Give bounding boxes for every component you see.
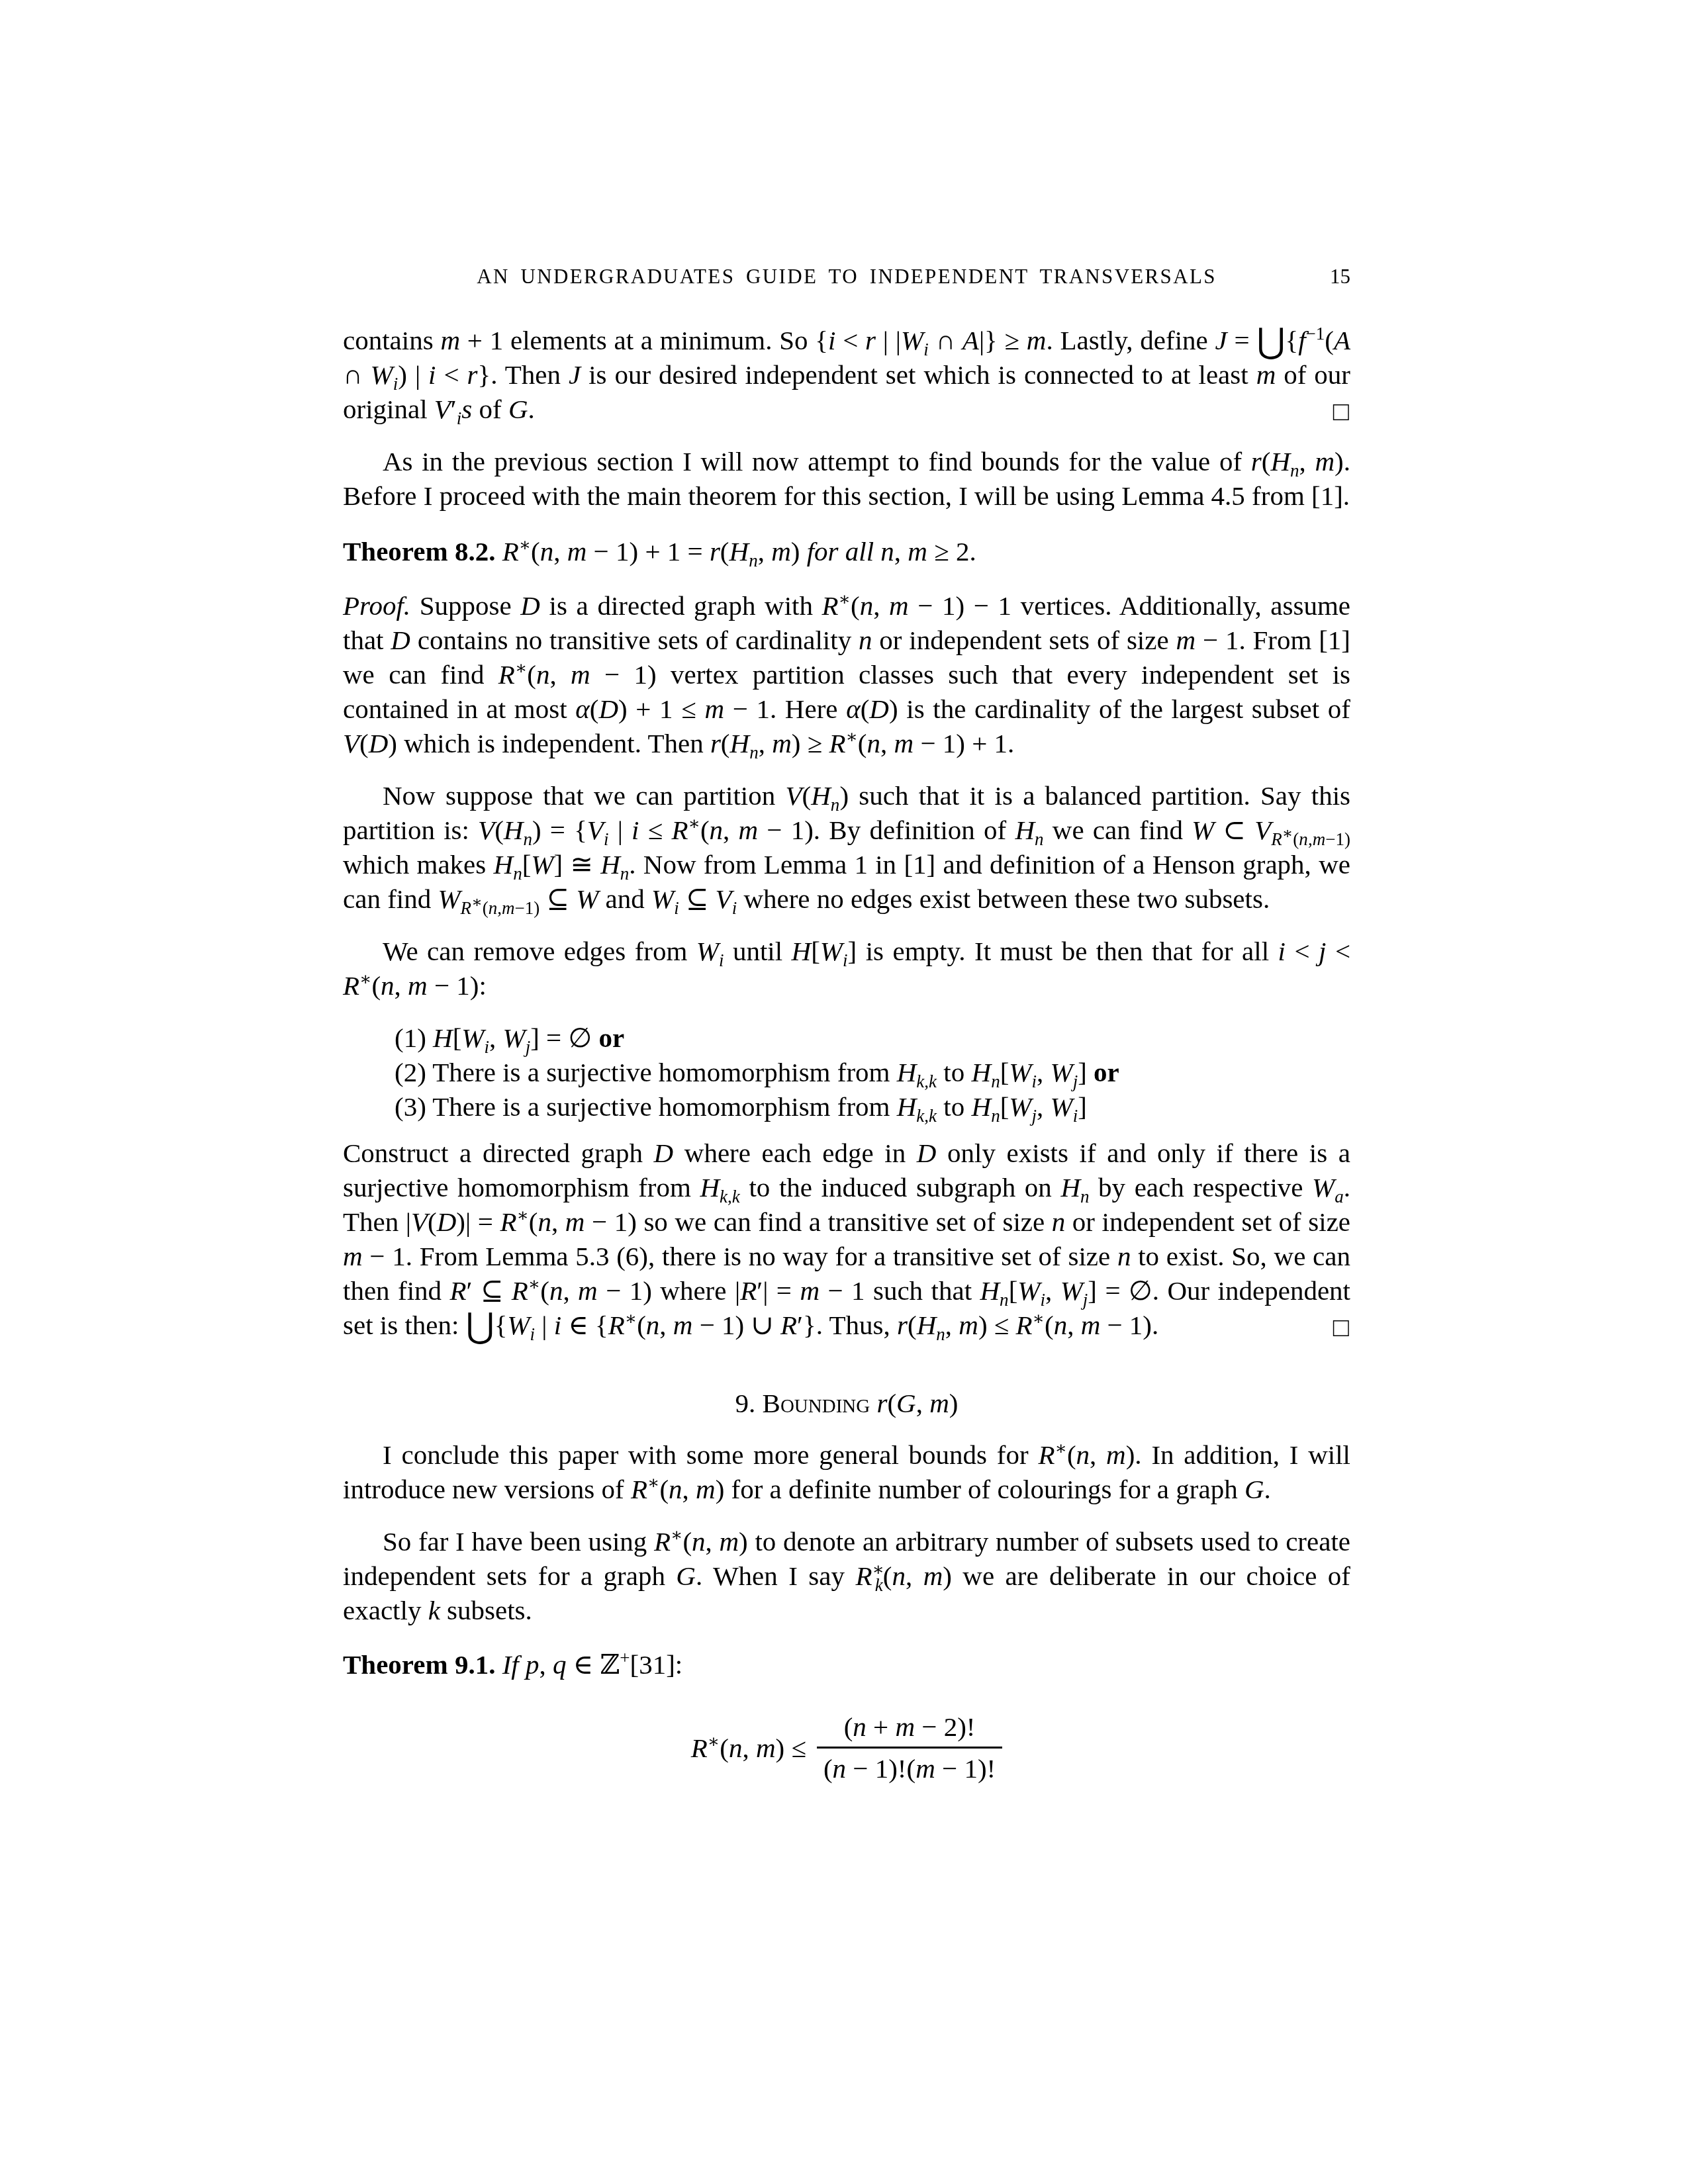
running-title: AN UNDERGRADUATES GUIDE TO INDEPENDENT T… — [477, 265, 1216, 288]
equation-fraction: (n + m − 2)! (n − 1)!(m − 1)! — [817, 1711, 1002, 1784]
paragraph-text: So far I have been using R∗(n, m) to den… — [343, 1526, 1350, 1625]
paragraph-text: Construct a directed graph D where each … — [343, 1138, 1350, 1340]
list-item-1: (1) H[Wi, Wj] = ∅ or — [343, 1021, 1350, 1055]
display-equation: R∗(n, m) ≤ (n + m − 2)! (n − 1)!(m − 1)! — [343, 1711, 1350, 1784]
fraction-denominator: (n − 1)!(m − 1)! — [817, 1747, 1002, 1784]
paragraph-text: Now suppose that we can partition V(Hn) … — [343, 780, 1350, 914]
running-header: AN UNDERGRADUATES GUIDE TO INDEPENDENT T… — [343, 263, 1350, 290]
qed-box-icon: □ — [1333, 1314, 1349, 1341]
list-item-2: (2) There is a surjective homomorphism f… — [343, 1055, 1350, 1089]
paragraph-text: Proof. Suppose D is a directed graph wit… — [343, 590, 1350, 758]
section-title: 9. Bounding r(G, m) — [735, 1388, 959, 1418]
fraction-numerator: (n + m − 2)! — [837, 1711, 982, 1747]
document-page: AN UNDERGRADUATES GUIDE TO INDEPENDENT T… — [0, 0, 1688, 2184]
theorem-text: Theorem 8.2. R∗(n, m − 1) + 1 = r(Hn, m)… — [343, 536, 976, 567]
paragraph-conclude: I conclude this paper with some more gen… — [343, 1437, 1350, 1506]
theorem-9-1: Theorem 9.1. If p, q ∈ ℤ+[31]: — [343, 1647, 1350, 1682]
qed-box-icon: □ — [1333, 398, 1349, 425]
paragraph-intro-bounds: As in the previous section I will now at… — [343, 444, 1350, 513]
enumerate-list: (1) H[Wi, Wj] = ∅ or (2) There is a surj… — [343, 1021, 1350, 1124]
paragraph-text: We can remove edges from Wi until H[Wi] … — [343, 936, 1350, 1001]
paragraph-text: contains m + 1 elements at a minimum. So… — [343, 325, 1350, 424]
paragraph-text: I conclude this paper with some more gen… — [343, 1439, 1350, 1504]
theorem-8-2: Theorem 8.2. R∗(n, m − 1) + 1 = r(Hn, m)… — [343, 534, 1350, 569]
paragraph-construct: Construct a directed graph D where each … — [343, 1136, 1350, 1342]
list-item-3: (3) There is a surjective homomorphism f… — [343, 1089, 1350, 1124]
section-heading-9: 9. Bounding r(G, m) — [343, 1386, 1350, 1420]
theorem-text: Theorem 9.1. If p, q ∈ ℤ+[31]: — [343, 1649, 682, 1680]
paragraph-remove-edges: We can remove edges from Wi until H[Wi] … — [343, 934, 1350, 1003]
paragraph-partition: Now suppose that we can partition V(Hn) … — [343, 778, 1350, 916]
page-content: AN UNDERGRADUATES GUIDE TO INDEPENDENT T… — [343, 263, 1350, 1784]
page-number: 15 — [1330, 263, 1350, 290]
paragraph-text: As in the previous section I will now at… — [343, 446, 1350, 511]
paragraph-so-far: So far I have been using R∗(n, m) to den… — [343, 1524, 1350, 1627]
equation-lhs: R∗(n, m) ≤ — [691, 1731, 806, 1765]
paragraph-continuation: contains m + 1 elements at a minimum. So… — [343, 323, 1350, 426]
proof-paragraph-1: Proof. Suppose D is a directed graph wit… — [343, 588, 1350, 760]
